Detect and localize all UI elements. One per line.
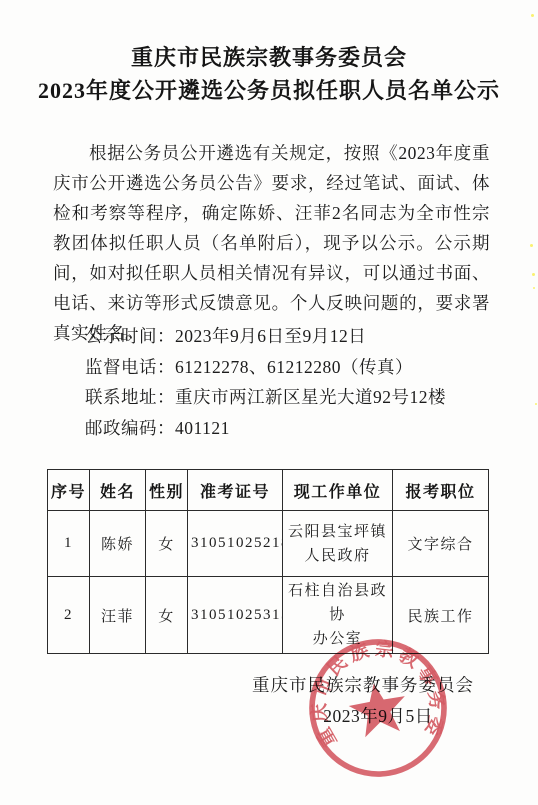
cell-gender: 女 [146, 511, 188, 577]
cell-current-unit: 石柱自治县政协 办公室 [283, 577, 393, 654]
cell-serial-no: 2 [48, 577, 90, 654]
table-row: 1 陈娇 女 31051025218 云阳县宝坪镇 人民政府 文字综合 [48, 511, 489, 577]
header-serial-no: 序号 [48, 470, 90, 511]
publicity-period-line: 公示时间：2023年9月6日至9月12日 [85, 321, 505, 352]
cell-name: 陈娇 [90, 511, 146, 577]
scanned-notice-page: 重庆市民族宗教事务委员会 2023年度公开遴选公务员拟任职人员名单公示 根据公务… [0, 0, 538, 805]
table-row: 2 汪菲 女 31051025315 石柱自治县政协 办公室 民族工作 [48, 577, 489, 654]
postal-code-line: 邮政编码：401121 [85, 413, 505, 444]
header-current-unit: 现工作单位 [283, 470, 393, 511]
document-title: 重庆市民族宗教事务委员会 2023年度公开遴选公务员拟任职人员名单公示 [0, 41, 538, 107]
header-ticket-no: 准考证号 [188, 470, 283, 511]
table-header-row: 序号 姓名 性别 准考证号 现工作单位 报考职位 [48, 470, 489, 511]
cell-serial-no: 1 [48, 511, 90, 577]
scan-artifact-dot [531, 14, 534, 17]
candidate-roster-table: 序号 姓名 性别 准考证号 现工作单位 报考职位 1 陈娇 女 31051025… [47, 469, 489, 654]
header-gender: 性别 [146, 470, 188, 511]
title-line-2: 2023年度公开遴选公务员拟任职人员名单公示 [0, 74, 538, 107]
signature-date: 2023年9月5日 [283, 703, 473, 728]
signature-org-name: 重庆市民族宗教事务委员会 [252, 672, 474, 697]
contact-address-line: 联系地址：重庆市两江新区星光大道92号12楼 [85, 382, 505, 413]
scan-artifact-dot [535, 403, 537, 405]
scan-artifact-dot [530, 244, 533, 247]
contact-info-block: 公示时间：2023年9月6日至9月12日 监督电话：61212278、61212… [85, 321, 505, 443]
cell-name: 汪菲 [90, 577, 146, 654]
scan-artifact-dot [532, 273, 535, 276]
cell-applied-position: 民族工作 [393, 577, 489, 654]
title-line-1: 重庆市民族宗教事务委员会 [0, 41, 538, 74]
cell-current-unit: 云阳县宝坪镇 人民政府 [283, 511, 393, 577]
cell-ticket-no: 31051025218 [188, 511, 283, 577]
cell-ticket-no: 31051025315 [188, 577, 283, 654]
supervision-phone-line: 监督电话：61212278、61212280（传真） [85, 352, 505, 383]
body-paragraph: 根据公务员公开遴选有关规定，按照《2023年度重庆市公开遴选公务员公告》要求，经… [53, 138, 490, 348]
cell-gender: 女 [146, 577, 188, 654]
cell-applied-position: 文字综合 [393, 511, 489, 577]
scan-artifact-dot [533, 287, 535, 289]
header-applied-position: 报考职位 [393, 470, 489, 511]
header-name: 姓名 [90, 470, 146, 511]
